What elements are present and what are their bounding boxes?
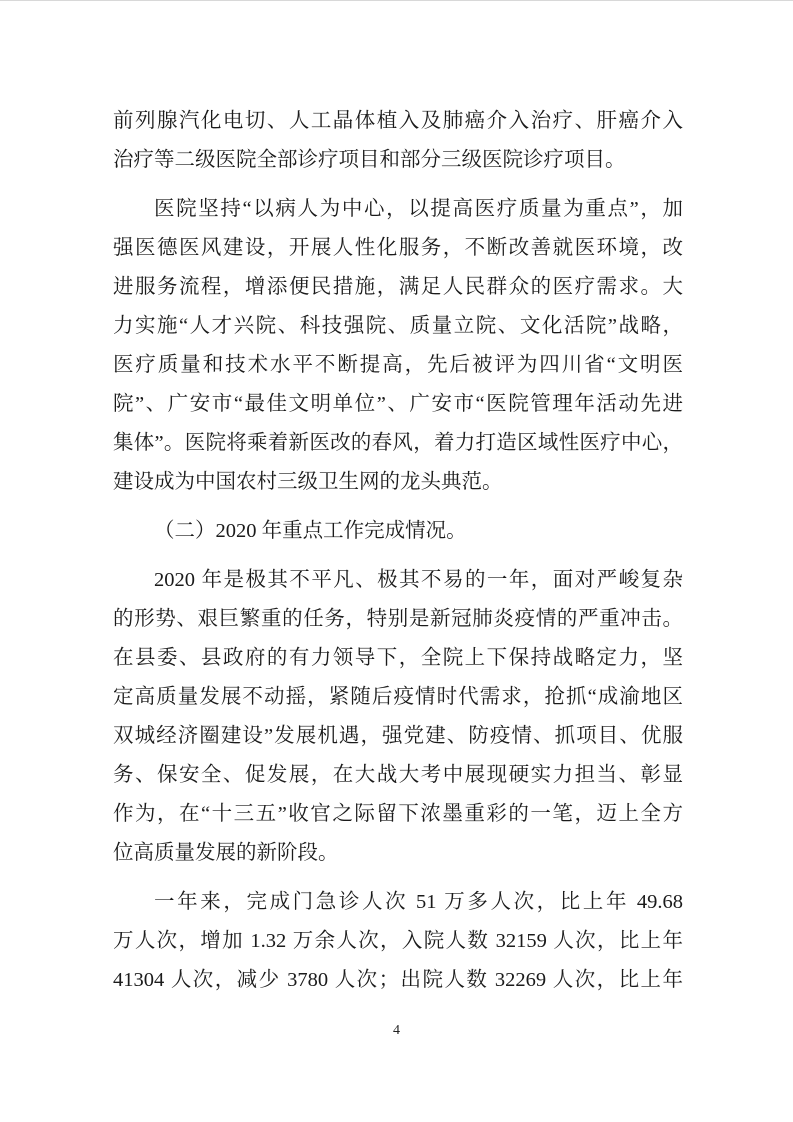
text-line: 41304 人次，减少 3780 人次；出院人数 32269 人次，比上年 [113, 961, 683, 1000]
document-page: 前列腺汽化电切、人工晶体植入及肺癌介入治疗、肝癌介入 治疗等二级医院全部诊疗项目… [0, 0, 793, 1122]
paragraph-4: 2020 年是极其不平凡、极其不易的一年，面对严峻复杂 的形势、艰巨繁重的任务，… [113, 561, 683, 873]
text-line: 院”、广安市“最佳文明单位”、广安市“医院管理年活动先进 [113, 385, 683, 424]
text-line: 的形势、艰巨繁重的任务，特别是新冠肺炎疫情的严重冲击。 [113, 600, 683, 639]
text-line: 双城经济圈建设”发展机遇，强党建、防疫情、抓项目、优服 [113, 717, 683, 756]
text-line: 位高质量发展的新阶段。 [113, 834, 683, 873]
text-line: 作为，在“十三五”收官之际留下浓墨重彩的一笔，迈上全方 [113, 795, 683, 834]
text-line: 在县委、县政府的有力领导下，全院上下保持战略定力，坚 [113, 639, 683, 678]
text-line: 一年来，完成门急诊人次 51 万多人次，比上年 49.68 [113, 883, 683, 922]
text-line: 务、保安全、促发展，在大战大考中展现硬实力担当、彰显 [113, 756, 683, 795]
paragraph-1: 前列腺汽化电切、人工晶体植入及肺癌介入治疗、肝癌介入 治疗等二级医院全部诊疗项目… [113, 102, 683, 180]
text-content: 前列腺汽化电切、人工晶体植入及肺癌介入治疗、肝癌介入 治疗等二级医院全部诊疗项目… [113, 102, 683, 1000]
text-line: 2020 年是极其不平凡、极其不易的一年，面对严峻复杂 [113, 561, 683, 600]
text-line: 集体”。医院将乘着新医改的春风，着力打造区域性医疗中心， [113, 424, 683, 463]
text-line: 医院坚持“以病人为中心，以提高医疗质量为重点”，加 [113, 190, 683, 229]
text-line: 万人次，增加 1.32 万余人次，入院人数 32159 人次，比上年 [113, 922, 683, 961]
text-line: 强医德医风建设，开展人性化服务，不断改善就医环境，改 [113, 229, 683, 268]
paragraph-3-section-heading: （二）2020 年重点工作完成情况。 [113, 512, 683, 551]
page-number: 4 [0, 1023, 793, 1039]
paragraph-2: 医院坚持“以病人为中心，以提高医疗质量为重点”，加 强医德医风建设，开展人性化服… [113, 190, 683, 502]
paragraph-5: 一年来，完成门急诊人次 51 万多人次，比上年 49.68 万人次，增加 1.3… [113, 883, 683, 1000]
text-line: 前列腺汽化电切、人工晶体植入及肺癌介入治疗、肝癌介入 [113, 102, 683, 141]
text-line: 建设成为中国农村三级卫生网的龙头典范。 [113, 463, 683, 502]
section-heading-line: （二）2020 年重点工作完成情况。 [113, 512, 683, 551]
text-line: 医疗质量和技术水平不断提高，先后被评为四川省“文明医 [113, 346, 683, 385]
text-line: 进服务流程，增添便民措施，满足人民群众的医疗需求。大 [113, 268, 683, 307]
text-line: 定高质量发展不动摇，紧随后疫情时代需求，抢抓“成渝地区 [113, 678, 683, 717]
text-line: 治疗等二级医院全部诊疗项目和部分三级医院诊疗项目。 [113, 141, 683, 180]
text-line: 力实施“人才兴院、科技强院、质量立院、文化活院”战略， [113, 307, 683, 346]
